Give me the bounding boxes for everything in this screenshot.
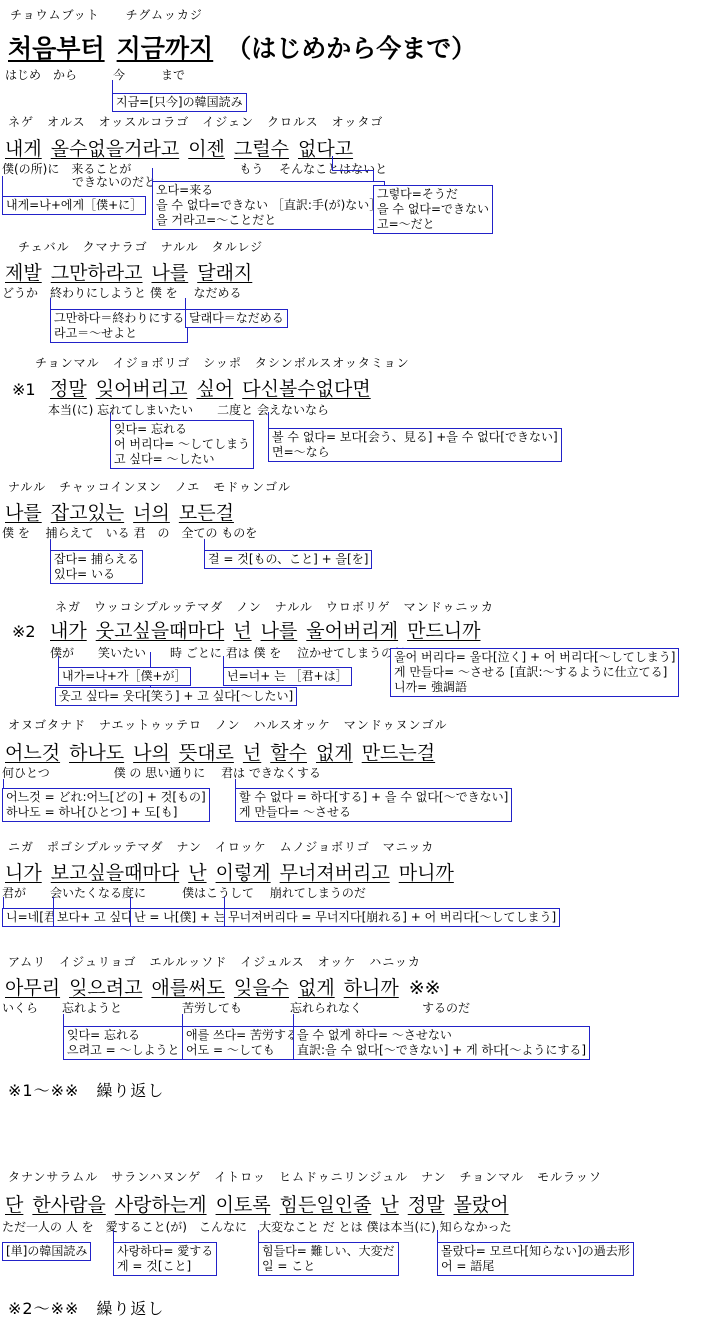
note-box-line: 게 = 것[こと] bbox=[117, 1259, 213, 1274]
lyric-word: 잡고있는 bbox=[51, 502, 124, 524]
lyric-word: 울어버리게 bbox=[306, 620, 398, 642]
note-box-line: 내가=나+가［僕+が］ bbox=[62, 669, 187, 684]
leader-line bbox=[332, 170, 374, 171]
lyric-word: 몰랐어 bbox=[453, 1194, 508, 1216]
note-box-line: 잡다= 捕らえる bbox=[54, 552, 139, 567]
lyric-word: 처음부터 bbox=[8, 34, 105, 63]
leader-line bbox=[332, 156, 333, 170]
note-box: 지금=[只今]の韓国読み bbox=[112, 93, 247, 112]
leader-line bbox=[293, 1014, 294, 1026]
note-box: 걸 = 것[もの、こと] + 을[を] bbox=[204, 550, 372, 569]
note-box-line: 고=～だと bbox=[377, 217, 489, 232]
lyric-word: 제발 bbox=[5, 262, 42, 284]
gloss-line: 僕(の所)に 来ることが もう そんなことはないと bbox=[2, 163, 387, 176]
lyric-word: 내게 bbox=[5, 138, 42, 160]
leader-line bbox=[112, 80, 113, 94]
gloss-line: 僕が 笑いたい 時 ごとに 君は 僕 を 泣かせてしまうのだ bbox=[50, 647, 405, 660]
lyric-word: 정말 bbox=[50, 378, 87, 400]
lyric-word: 만드니까 bbox=[407, 620, 480, 642]
section-marker: ※2 bbox=[12, 622, 36, 642]
lyric-word: 넌 bbox=[233, 620, 251, 642]
note-box-line: 어 버리다= ～してしまう bbox=[114, 437, 250, 452]
lyric-word: 아무리 bbox=[5, 977, 60, 999]
lyric-word: 사랑하는게 bbox=[115, 1194, 207, 1216]
lyric-line: 나를잡고있는너의모든걸 bbox=[5, 501, 243, 525]
note-box-line: 몰랐다= 모르다[知らない]の過去形 bbox=[441, 1244, 630, 1259]
gloss-line: 本当(に) 忘れてしまいたい 二度と 会えないなら bbox=[48, 404, 329, 417]
reading-line: オヌゴタナド ナエットゥッテロ ノン ハルスオッケ マンドゥヌンゴル bbox=[8, 718, 447, 732]
leader-line bbox=[223, 656, 224, 667]
reading-line: チョウムブット チグムッカジ bbox=[10, 8, 203, 22]
reading-line: タナンサラムル サランハヌンゲ イトロッ ヒムドゥニリンジュル ナン チョンマル… bbox=[8, 1170, 602, 1184]
note-box-line: 할 수 없다 = 하다[する] + 을 수 없다[～できない] bbox=[239, 790, 508, 805]
note-box-line: 어 = 語尾 bbox=[441, 1259, 630, 1274]
note-box: 사랑하다= 愛する게 = 것[こと] bbox=[113, 1242, 217, 1276]
note-box-line: 무너져버리다 = 무너지다[崩れる] + 어 버리다[～してしまう] bbox=[228, 910, 556, 925]
note-box-line: 을 수 없다=できない bbox=[377, 202, 489, 217]
note-box: 울어 버리다= 울다[泣く] + 어 버리다[～してしまう]게 만들다= ～させ… bbox=[390, 648, 679, 697]
note-box-line: 그렇다=そうだ bbox=[377, 187, 489, 202]
lyric-word: 잊을수 bbox=[234, 977, 289, 999]
note-box: 무너져버리다 = 무너지다[崩れる] + 어 버리다[～してしまう] bbox=[224, 908, 560, 927]
note-box: 볼 수 없다= 보다[会う、見る] +을 수 없다[できない]면=～なら bbox=[268, 428, 562, 462]
reading-line: ナルル チャッコインヌン ノエ モドゥンゴル bbox=[8, 480, 291, 494]
leader-line bbox=[268, 412, 269, 428]
note-box-line: 하나도 = 하나[ひとつ] + 도[も] bbox=[6, 805, 206, 820]
note-box-line: 으려고 = ～しようと bbox=[67, 1043, 179, 1058]
lyric-word: 웃고싶을때마다 bbox=[96, 620, 224, 642]
lyric-word: 난 bbox=[380, 1194, 398, 1216]
lyric-word: 이렇게 bbox=[216, 862, 271, 884]
note-box-line: 지금=[只今]の韓国読み bbox=[116, 95, 243, 110]
lyric-word: 난 bbox=[188, 862, 206, 884]
note-box-line: 애를 쓰다= 苦労する bbox=[186, 1028, 298, 1043]
lyric-word: 달래지 bbox=[197, 262, 252, 284]
note-box-line: 게 만들다= ～させる [直訳:～するように仕立てる] bbox=[394, 665, 675, 680]
lyric-line: 단한사람을사랑하는게이토록힘든일인줄난정말몰랐어 bbox=[5, 1193, 518, 1217]
leader-line bbox=[113, 1230, 114, 1242]
lyric-line: 제발그만하라고나를달래지 bbox=[5, 261, 261, 285]
reading-line: アムリ イジュリョゴ エルルッソド イジュルス オッケ ハニッカ bbox=[8, 955, 421, 969]
note-box-line: 내게=나+에게［僕+に］ bbox=[6, 198, 142, 213]
note-box-line: 잊다= 忘れる bbox=[67, 1028, 179, 1043]
lyric-word: 나를 bbox=[5, 502, 42, 524]
reading-line: チョンマル イジョボリゴ シッポ タシンボルスオッタミョン bbox=[35, 356, 410, 370]
note-box-line: 오다=来る bbox=[156, 183, 381, 198]
gloss-line: どうか 終わりにしようと 僕 を なだめる bbox=[2, 287, 241, 300]
leader-line bbox=[130, 897, 131, 908]
leader-line bbox=[185, 298, 186, 309]
gloss-line: ただ一人の 人 を 愛すること(が) こんなに 大変なこと だ とは 僕は本当(… bbox=[2, 1221, 512, 1234]
leader-line bbox=[182, 1014, 183, 1026]
lyric-word: 보고싶을때마다 bbox=[51, 862, 179, 884]
lyric-word: 니가 bbox=[5, 862, 42, 884]
note-box-line: 넌=너+ 는 ［君+は］ bbox=[227, 669, 348, 684]
lyric-word: 단 bbox=[5, 1194, 23, 1216]
note-box: 웃고 싶다= 웃다[笑う] + 고 싶다[～したい] bbox=[55, 687, 297, 706]
note-box-line: 보다+ 고 싶다 bbox=[57, 910, 133, 925]
note-box: 잊다= 忘れる으려고 = ～しようと bbox=[63, 1026, 183, 1060]
lyric-word: 뜻대로 bbox=[179, 742, 234, 764]
section-marker: ※1 bbox=[12, 380, 36, 400]
lyric-line: 아무리잊으려고애를써도잊을수없게하니까※※ bbox=[5, 976, 441, 1000]
note-box-line: 잊다= 忘れる bbox=[114, 422, 250, 437]
repeat-marker-suffix: ※※ bbox=[409, 977, 441, 999]
lyric-word: 이토록 bbox=[216, 1194, 271, 1216]
note-box: 잡다= 捕らえる있다= いる bbox=[50, 550, 143, 584]
note-box-line: 울어 버리다= 울다[泣く] + 어 버리다[～してしまう] bbox=[394, 650, 675, 665]
lyric-word: 넌 bbox=[243, 742, 261, 764]
gloss-line: はじめ から 今 まで bbox=[5, 69, 185, 82]
lyric-word: 한사람을 bbox=[32, 1194, 105, 1216]
lyric-word: 모든걸 bbox=[179, 502, 234, 524]
lyric-line: 어느것하나도나의뜻대로넌할수없게만드는걸 bbox=[5, 741, 444, 765]
note-box: 달래다＝なだめる bbox=[185, 309, 288, 328]
lyric-word: 어느것 bbox=[5, 742, 60, 764]
note-box-line: 을 수 없다=できない ［直訳:手(が)ない］ bbox=[156, 198, 381, 213]
reading-line: ニガ ポゴシプルッテマダ ナン イロッケ ムノジョボリゴ マニッカ bbox=[8, 840, 434, 854]
leader-line bbox=[152, 168, 153, 181]
leader-line bbox=[110, 413, 111, 420]
lyric-word: 나의 bbox=[133, 742, 170, 764]
reading-line: チェバル クマナラゴ ナルル タルレジ bbox=[18, 240, 263, 254]
note-box-line: 면=～なら bbox=[272, 445, 558, 460]
note-box-line: 라고＝～せよと bbox=[54, 326, 184, 341]
lyric-word: 없게 bbox=[316, 742, 353, 764]
note-box: 잊다= 忘れる어 버리다= ～してしまう고 싶다= ～したい bbox=[110, 420, 254, 469]
note-box-line: 니까= 強調語 bbox=[394, 680, 675, 695]
note-box: 애를 쓰다= 苦労する어도 = ～しても bbox=[182, 1026, 302, 1060]
note-box: 넌=너+ 는 ［君+は］ bbox=[223, 667, 352, 686]
gloss-line: 君が 会いたくなる度に 僕はこうして 崩れてしまうのだ bbox=[2, 887, 366, 900]
note-box-line: 사랑하다= 愛する bbox=[117, 1244, 213, 1259]
lyric-word: 하니까 bbox=[344, 977, 399, 999]
note-box: 그만하다＝終わりにする라고＝～せよと bbox=[50, 309, 188, 343]
note-box-line: 을 수 없게 하다= ～させない bbox=[297, 1028, 586, 1043]
lyric-word: 다신볼수없다면 bbox=[242, 378, 370, 400]
lyric-word: 올수없을거라고 bbox=[51, 138, 179, 160]
lyric-word: 없게 bbox=[298, 977, 335, 999]
note-box-line: 걸 = 것[もの、こと] + 을[を] bbox=[208, 552, 368, 567]
note-box-line: 게 만들다= ～させる bbox=[239, 805, 508, 820]
leader-line bbox=[50, 298, 51, 309]
reading-line: ネゲ オルス オッスルコラゴ イジェン クロルス オッタゴ bbox=[8, 115, 383, 129]
gloss-line: 何ひとつ 僕 の 思い通りに 君は できなくする bbox=[2, 767, 321, 780]
gloss-line: 僕 を 捕らえて いる 君 の 全ての ものを bbox=[2, 527, 257, 540]
note-box-line: 볼 수 없다= 보다[会う、見る] +을 수 없다[できない] bbox=[272, 430, 558, 445]
lyric-word: 하나도 bbox=[69, 742, 124, 764]
note-box: 내가=나+가［僕+が］ bbox=[58, 667, 191, 686]
note-box-line: 그만하다＝終わりにする bbox=[54, 311, 184, 326]
note-box-line: 어느것 = どれ:어느[どの] + 것[もの] bbox=[6, 790, 206, 805]
note-box-line: 달래다＝なだめる bbox=[189, 311, 284, 326]
lyric-word: 내가 bbox=[50, 620, 87, 642]
note-box: 오다=来る을 수 없다=できない ［直訳:手(が)ない］을 거라고=～ことだと bbox=[152, 181, 385, 230]
lyric-word: 싶어 bbox=[197, 378, 234, 400]
note-box-line: 힘들다= 難しい、大変だ bbox=[262, 1244, 395, 1259]
leader-line bbox=[3, 779, 4, 788]
note-box-line: 웃고 싶다= 웃다[笑う] + 고 싶다[～したい] bbox=[59, 689, 293, 704]
repeat-note: ※2～※※ 繰り返し bbox=[8, 1296, 164, 1319]
repeat-note: ※1～※※ 繰り返し bbox=[8, 1078, 164, 1101]
lyric-word: 잊어버리고 bbox=[96, 378, 188, 400]
note-box: 을 수 없게 하다= ～させない直訳:을 수 없다[～できない] + 게 하다[… bbox=[293, 1026, 590, 1060]
title-translation: （はじめから今まで） bbox=[226, 34, 476, 63]
gloss-line: いくら 忘れようと 苦労しても 忘れられなく するのだ bbox=[2, 1002, 470, 1015]
lyric-word: 할수 bbox=[270, 742, 307, 764]
lyric-line: 내가웃고싶을때마다넌나를울어버리게만드니까 bbox=[50, 619, 489, 643]
lyric-word: 없다고 bbox=[298, 138, 353, 160]
page-title: 처음부터지금까지（はじめから今まで） bbox=[8, 34, 476, 64]
lyric-word: 나를 bbox=[152, 262, 189, 284]
lyric-word: 힘든일인줄 bbox=[280, 1194, 372, 1216]
leader-line bbox=[53, 897, 54, 908]
note-box-line: 어도 = ～しても bbox=[186, 1043, 298, 1058]
note-box-line: 있다= いる bbox=[54, 567, 139, 582]
gloss-line-2: できないのだと bbox=[72, 176, 156, 189]
lyric-word: 마니까 bbox=[399, 862, 454, 884]
leader-line bbox=[2, 176, 3, 196]
lyric-word: 나를 bbox=[261, 620, 298, 642]
lyric-word: 애를써도 bbox=[151, 977, 224, 999]
leader-line bbox=[437, 1230, 438, 1242]
leader-line bbox=[235, 779, 236, 788]
note-box-line: 을 거라고=～ことだと bbox=[156, 213, 381, 228]
leader-line bbox=[63, 1014, 64, 1026]
note-box: 그렇다=そうだ을 수 없다=できない고=～だと bbox=[373, 185, 493, 234]
reading-line: ネガ ウッコシプルッテマダ ノン ナルル ウロボリゲ マンドゥニッカ bbox=[55, 600, 494, 614]
leader-line bbox=[258, 1230, 259, 1242]
note-box: 할 수 없다 = 하다[する] + 을 수 없다[～できない]게 만들다= ～さ… bbox=[235, 788, 512, 822]
note-box: 내게=나+에게［僕+に］ bbox=[2, 196, 146, 215]
lyrics-study-sheet: チョウムブット チグムッカジ 처음부터지금까지（はじめから今まで） はじめ から… bbox=[0, 0, 708, 1326]
lyric-word: 잊으려고 bbox=[69, 977, 142, 999]
leader-line bbox=[224, 897, 225, 908]
note-box-line: 일 = こと bbox=[262, 1259, 395, 1274]
lyric-word: 무너져버리고 bbox=[280, 862, 390, 884]
lyric-word: 이젠 bbox=[188, 138, 225, 160]
note-box: 어느것 = どれ:어느[どの] + 것[もの]하나도 = 하나[ひとつ] + 도… bbox=[2, 788, 210, 822]
lyric-word: 정말 bbox=[408, 1194, 445, 1216]
lyric-word: 너의 bbox=[133, 502, 170, 524]
lyric-line: 정말잊어버리고싶어다신볼수없다면 bbox=[50, 377, 380, 401]
lyric-line: 내게올수없을거라고이젠그럴수없다고 bbox=[5, 137, 362, 161]
lyric-word: 지금까지 bbox=[117, 34, 214, 63]
leader-line bbox=[50, 539, 51, 550]
lyric-word: 그럴수 bbox=[234, 138, 289, 160]
lyric-word: 그만하라고 bbox=[51, 262, 143, 284]
lyric-line: 니가보고싶을때마다난이렇게무너져버리고마니까 bbox=[5, 861, 463, 885]
note-box-line: 고 싶다= ～したい bbox=[114, 452, 250, 467]
note-box-line: [単]の韓国読み bbox=[6, 1244, 87, 1259]
note-box: 보다+ 고 싶다 bbox=[53, 908, 137, 927]
note-box-line: 直訳:을 수 없다[～できない] + 게 하다[～ようにする] bbox=[297, 1043, 586, 1058]
leader-line bbox=[3, 897, 4, 908]
lyric-word: 만드는걸 bbox=[362, 742, 435, 764]
note-box: 몰랐다= 모르다[知らない]の過去形어 = 語尾 bbox=[437, 1242, 634, 1276]
note-box: [単]の韓国読み bbox=[2, 1242, 91, 1261]
leader-line bbox=[58, 656, 59, 667]
note-box: 힘들다= 難しい、大変だ일 = こと bbox=[258, 1242, 399, 1276]
leader-line bbox=[204, 539, 205, 550]
